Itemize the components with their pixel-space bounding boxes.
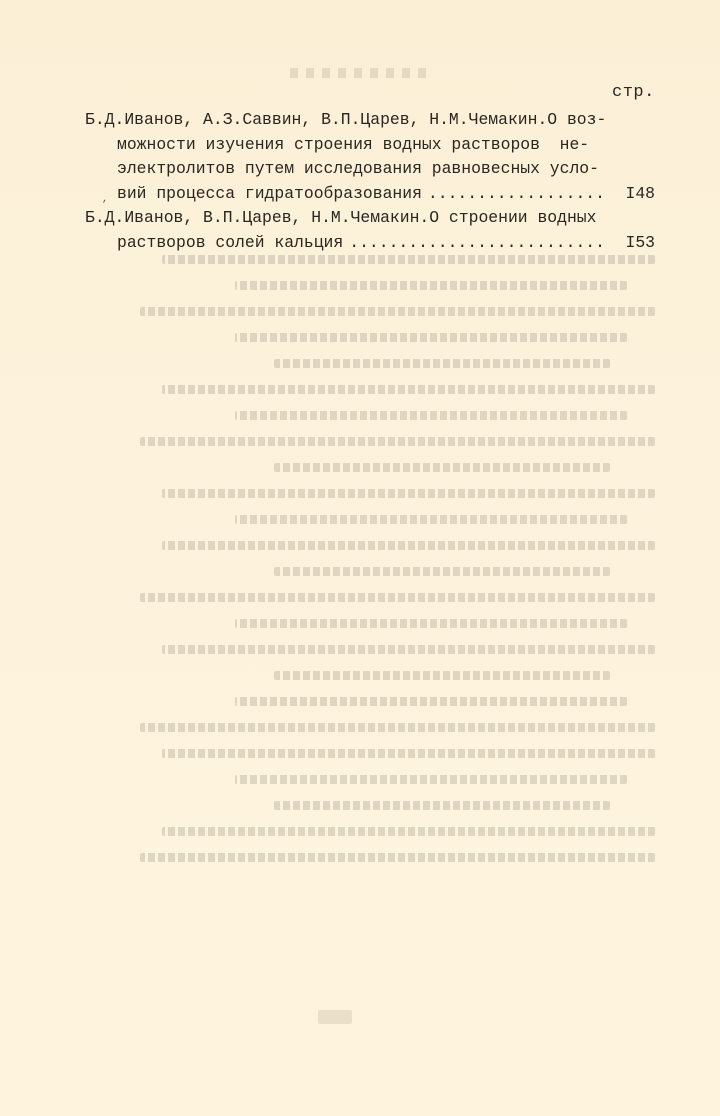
toc-entry: Б.Д.Иванов, А.З.Саввин, В.П.Царев, Н.М.Ч… (85, 108, 655, 206)
entry-last-line: вий процесса гидратообразования ........… (85, 182, 655, 207)
entry-page-number: I48 (607, 182, 655, 207)
toc-entry: Б.Д.Иванов, В.П.Царев, Н.М.Чемакин.О стр… (85, 206, 655, 255)
entry-title-line: можности изучения строения водных раство… (85, 133, 655, 158)
document-page: стр. , Б.Д.Иванов, А.З.Саввин, В.П.Царев… (0, 0, 720, 1116)
dot-leader: .................................. (422, 182, 608, 207)
bleed-through-folio (318, 1010, 352, 1024)
entry-authors-title: Б.Д.Иванов, В.П.Царев, Н.М.Чемакин.О стр… (85, 206, 655, 231)
entry-title-line: растворов солей кальция (117, 231, 343, 256)
dot-leader: ........................................… (343, 231, 607, 256)
table-of-contents: Б.Д.Иванов, А.З.Саввин, В.П.Царев, Н.М.Ч… (85, 108, 655, 255)
bleed-through-text (95, 255, 655, 955)
entry-title-line: вий процесса гидратообразования (117, 182, 422, 207)
entry-page-number: I53 (607, 231, 655, 256)
entry-title-line: электролитов путем исследования равновес… (85, 157, 655, 182)
entry-authors-title: Б.Д.Иванов, А.З.Саввин, В.П.Царев, Н.М.Ч… (85, 108, 655, 133)
bleed-through-title (290, 68, 430, 78)
page-column-label: стр. (612, 83, 655, 102)
entry-last-line: растворов солей кальция ................… (85, 231, 655, 256)
